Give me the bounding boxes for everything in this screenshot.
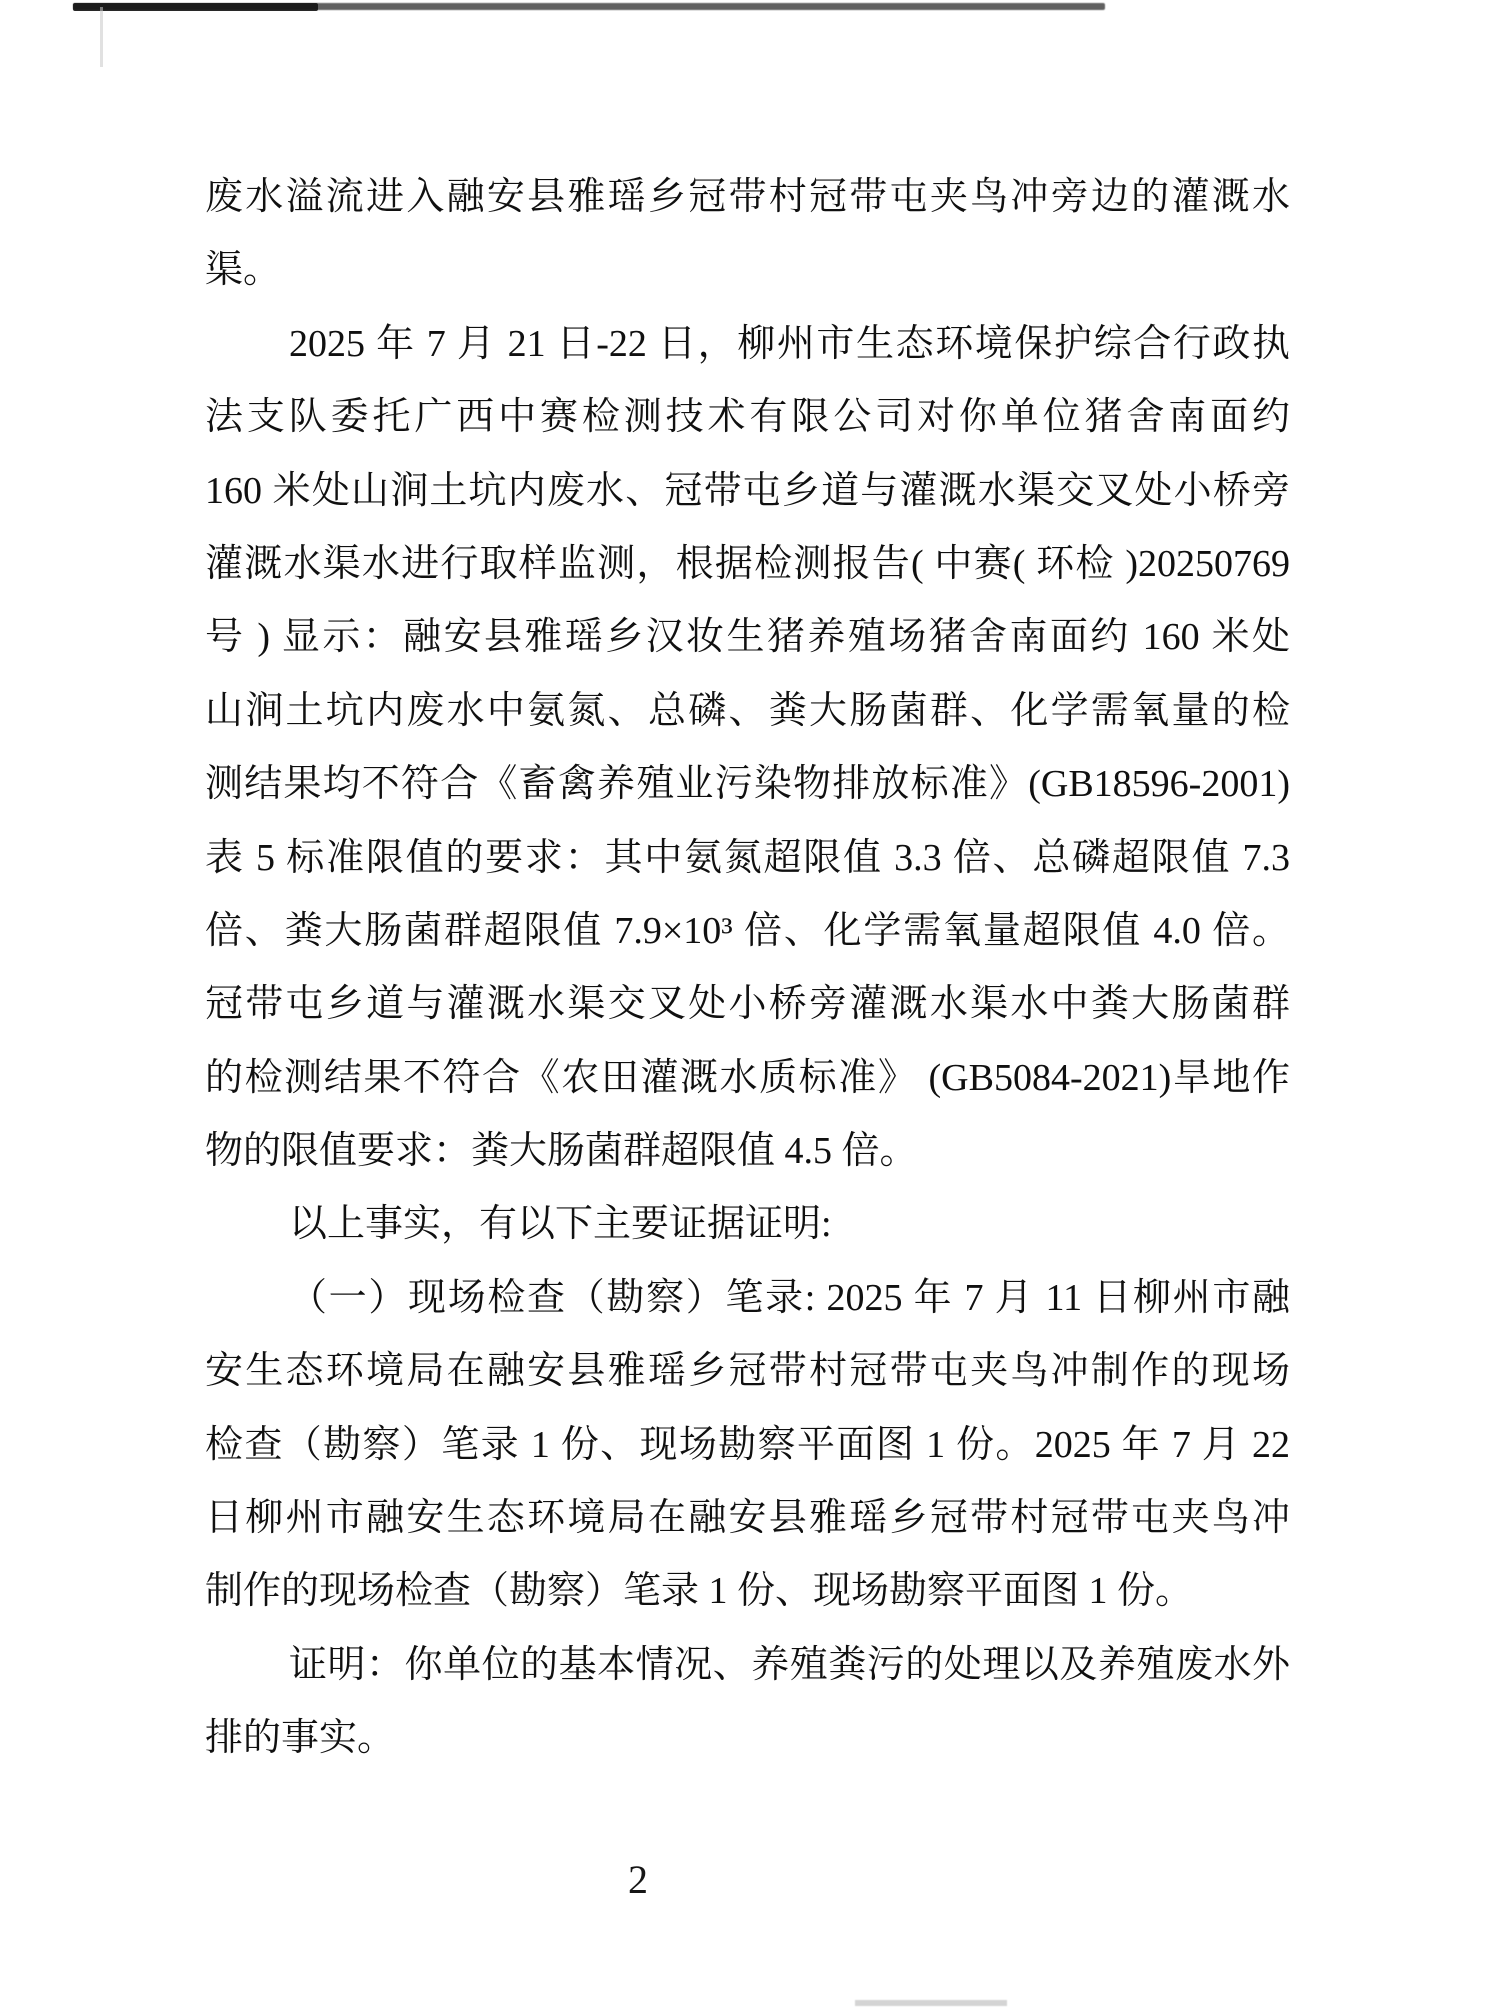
scan-artifact-top-streak (73, 3, 1105, 10)
document-body-text: 废水溢流进入融安县雅瑶乡冠带村冠带屯夹鸟冲旁边的灌溉水渠。2025 年 7 月 … (205, 161, 1290, 1776)
text-line: 物的限值要求：粪大肠菌群超限值 4.5 倍。 (205, 1115, 1290, 1188)
text-line: 废水溢流进入融安县雅瑶乡冠带村冠带屯夹鸟冲旁边的灌溉水 (205, 161, 1290, 234)
text-line: 160 米处山涧土坑内废水、冠带屯乡道与灌溉水渠交叉处小桥旁 (205, 455, 1290, 528)
text-line: 安生态环境局在融安县雅瑶乡冠带村冠带屯夹鸟冲制作的现场 (205, 1335, 1290, 1408)
text-line: 渠。 (205, 234, 1290, 307)
text-line: 法支队委托广西中赛检测技术有限公司对你单位猪舍南面约 (205, 381, 1290, 454)
text-line: 冠带屯乡道与灌溉水渠交叉处小桥旁灌溉水渠水中粪大肠菌群 (205, 968, 1290, 1041)
text-line: 2025 年 7 月 21 日-22 日，柳州市生态环境保护综合行政执 (205, 308, 1290, 381)
scan-artifact-bottom-smudge (855, 2000, 1007, 2006)
text-line: 证明：你单位的基本情况、养殖粪污的处理以及养殖废水外 (205, 1629, 1290, 1702)
scanned-document-page: 废水溢流进入融安县雅瑶乡冠带村冠带屯夹鸟冲旁边的灌溉水渠。2025 年 7 月 … (0, 0, 1487, 2010)
text-line: 以上事实，有以下主要证据证明: (205, 1188, 1290, 1261)
scan-artifact-side-tick (100, 7, 103, 67)
text-line: 测结果均不符合《畜禽养殖业污染物排放标准》(GB18596-2001) (205, 748, 1290, 821)
page-number: 2 (628, 1858, 688, 1902)
text-line: 山涧土坑内废水中氨氮、总磷、粪大肠菌群、化学需氧量的检 (205, 675, 1290, 748)
text-line: 表 5 标准限值的要求：其中氨氮超限值 3.3 倍、总磷超限值 7.3 (205, 822, 1290, 895)
text-line: 灌溉水渠水进行取样监测，根据检测报告( 中赛( 环检 )20250769 (205, 528, 1290, 601)
text-line: （一）现场检查（勘察）笔录: 2025 年 7 月 11 日柳州市融 (205, 1262, 1290, 1335)
text-line: 检查（勘察）笔录 1 份、现场勘察平面图 1 份。2025 年 7 月 22 (205, 1409, 1290, 1482)
text-line: 排的事实。 (205, 1702, 1290, 1775)
text-line: 的检测结果不符合《农田灌溉水质标准》 (GB5084-2021)旱地作 (205, 1042, 1290, 1115)
text-line: 倍、粪大肠菌群超限值 7.9×10³ 倍、化学需氧量超限值 4.0 倍。 (205, 895, 1290, 968)
scan-artifact-top-streak-dark (73, 3, 318, 11)
text-line: 日柳州市融安生态环境局在融安县雅瑶乡冠带村冠带屯夹鸟冲 (205, 1482, 1290, 1555)
text-line: 制作的现场检查（勘察）笔录 1 份、现场勘察平面图 1 份。 (205, 1555, 1290, 1628)
text-line: 号 ) 显示：融安县雅瑶乡汉妆生猪养殖场猪舍南面约 160 米处 (205, 601, 1290, 674)
